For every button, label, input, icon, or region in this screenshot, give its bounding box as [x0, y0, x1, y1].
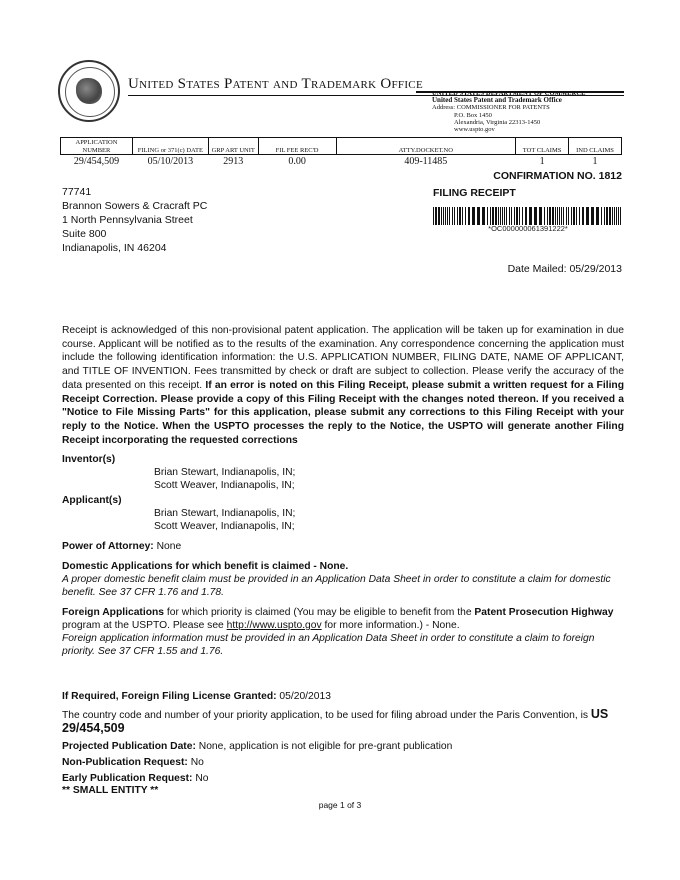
street-address: 1 North Pennsylvania Street	[62, 213, 207, 227]
small-entity: ** SMALL ENTITY **	[62, 784, 158, 797]
license-label: If Required, Foreign Filing License Gran…	[62, 691, 277, 702]
pph-text: Patent Prosecution Highway	[474, 607, 613, 618]
foreign-note: Foreign application information must be …	[62, 632, 627, 658]
early-pub-value: No	[192, 773, 208, 784]
early-pub-label: Early Publication Request:	[62, 773, 192, 784]
confirmation-number: CONFIRMATION NO. 1812	[430, 170, 622, 182]
grp-art-unit: 2913	[208, 155, 258, 168]
address-label: Address:	[432, 104, 455, 111]
application-number: 29/454,509	[61, 155, 133, 168]
tot-claims: 1	[516, 155, 569, 168]
inventor-item: Brian Stewart, Indianapolis, IN;	[62, 466, 295, 479]
priority-application: The country code and number of your prio…	[62, 708, 632, 736]
col-atty-docket: ATTY.DOCKET.NO	[336, 138, 516, 155]
ind-claims: 1	[569, 155, 622, 168]
foreign-text: program at the USPTO. Please see	[62, 620, 227, 631]
table-row: 29/454,509 05/10/2013 2913 0.00 409-1148…	[61, 155, 622, 168]
col-tot-claims: TOT CLAIMS	[516, 138, 569, 155]
foreign-text: for more information.) - None.	[322, 620, 460, 631]
non-pub-label: Non-Publication Request:	[62, 757, 188, 768]
foreign-applications: Foreign Applications for which priority …	[62, 606, 627, 658]
col-ind-claims: IND CLAIMS	[569, 138, 622, 155]
domestic-applications: Domestic Applications for which benefit …	[62, 560, 627, 599]
poa-label: Power of Attorney:	[62, 541, 154, 552]
applicant-item: Brian Stewart, Indianapolis, IN;	[62, 507, 295, 520]
address-line: COMMISSIONER FOR PATENTS	[457, 104, 550, 111]
inventor-item: Scott Weaver, Indianapolis, IN;	[62, 479, 295, 492]
projected-value: None, application is not eligible for pr…	[196, 741, 452, 752]
priority-text: The country code and number of your prio…	[62, 710, 591, 721]
table-header-row: APPLICATION NUMBER FILING or 371(c) DATE…	[61, 138, 622, 155]
barcode-text: *OC000000061391222*	[433, 224, 623, 233]
document-title: FILING RECEIPT	[433, 187, 516, 199]
firm-name: Brannon Sowers & Cracraft PC	[62, 199, 207, 213]
col-grp-art-unit: GRP ART UNIT	[208, 138, 258, 155]
barcode-icon	[433, 207, 623, 225]
applicants-label: Applicant(s)	[62, 494, 295, 507]
power-of-attorney: Power of Attorney: None	[62, 540, 181, 553]
inventors-section: Inventor(s) Brian Stewart, Indianapolis,…	[62, 453, 295, 533]
intro-paragraph: Receipt is acknowledged of this non-prov…	[62, 324, 624, 447]
license-value: 05/20/2013	[277, 691, 331, 702]
foreign-label: Foreign Applications	[62, 607, 164, 618]
non-publication: Non-Publication Request: No	[62, 756, 204, 769]
office-title: United States Patent and Trademark Offic…	[128, 76, 423, 93]
projected-label: Projected Publication Date:	[62, 741, 196, 752]
uspto-link[interactable]: http://www.uspto.gov	[227, 620, 322, 631]
col-fil-fee: FIL FEE REC'D	[258, 138, 336, 155]
uspto-seal-icon	[58, 60, 120, 122]
non-pub-value: No	[188, 757, 204, 768]
city-state-zip: Indianapolis, IN 46204	[62, 241, 207, 255]
atty-docket: 409-11485	[336, 155, 516, 168]
date-mailed: Date Mailed: 05/29/2013	[420, 263, 622, 275]
col-application-number: APPLICATION NUMBER	[61, 138, 133, 155]
application-info-table: APPLICATION NUMBER FILING or 371(c) DATE…	[60, 137, 622, 167]
domestic-note: A proper domestic benefit claim must be …	[62, 573, 627, 599]
office-name: United States Patent and Trademark Offic…	[432, 97, 586, 104]
fil-fee: 0.00	[258, 155, 336, 168]
page-indicator: page 1 of 3	[0, 800, 680, 810]
foreign-text: for which priority is claimed (You may b…	[164, 607, 474, 618]
customer-number: 77741	[62, 185, 207, 199]
department-block: UNITED STATES DEPARTMENT OF COMMERCE Uni…	[432, 90, 586, 133]
address-line: Alexandria, Virginia 22313-1450	[432, 119, 586, 126]
col-filing-date: FILING or 371(c) DATE	[132, 138, 208, 155]
applicant-item: Scott Weaver, Indianapolis, IN;	[62, 520, 295, 533]
filing-date: 05/10/2013	[132, 155, 208, 168]
foreign-filing-license: If Required, Foreign Filing License Gran…	[62, 690, 331, 703]
suite: Suite 800	[62, 227, 207, 241]
correspondence-address: 77741 Brannon Sowers & Cracraft PC 1 Nor…	[62, 185, 207, 255]
website-text: www.uspto.gov	[432, 126, 586, 133]
domestic-heading: Domestic Applications for which benefit …	[62, 560, 627, 573]
poa-value: None	[154, 541, 181, 552]
inventors-label: Inventor(s)	[62, 453, 295, 466]
address-line: P.O. Box 1450	[432, 112, 586, 119]
projected-publication: Projected Publication Date: None, applic…	[62, 740, 452, 753]
